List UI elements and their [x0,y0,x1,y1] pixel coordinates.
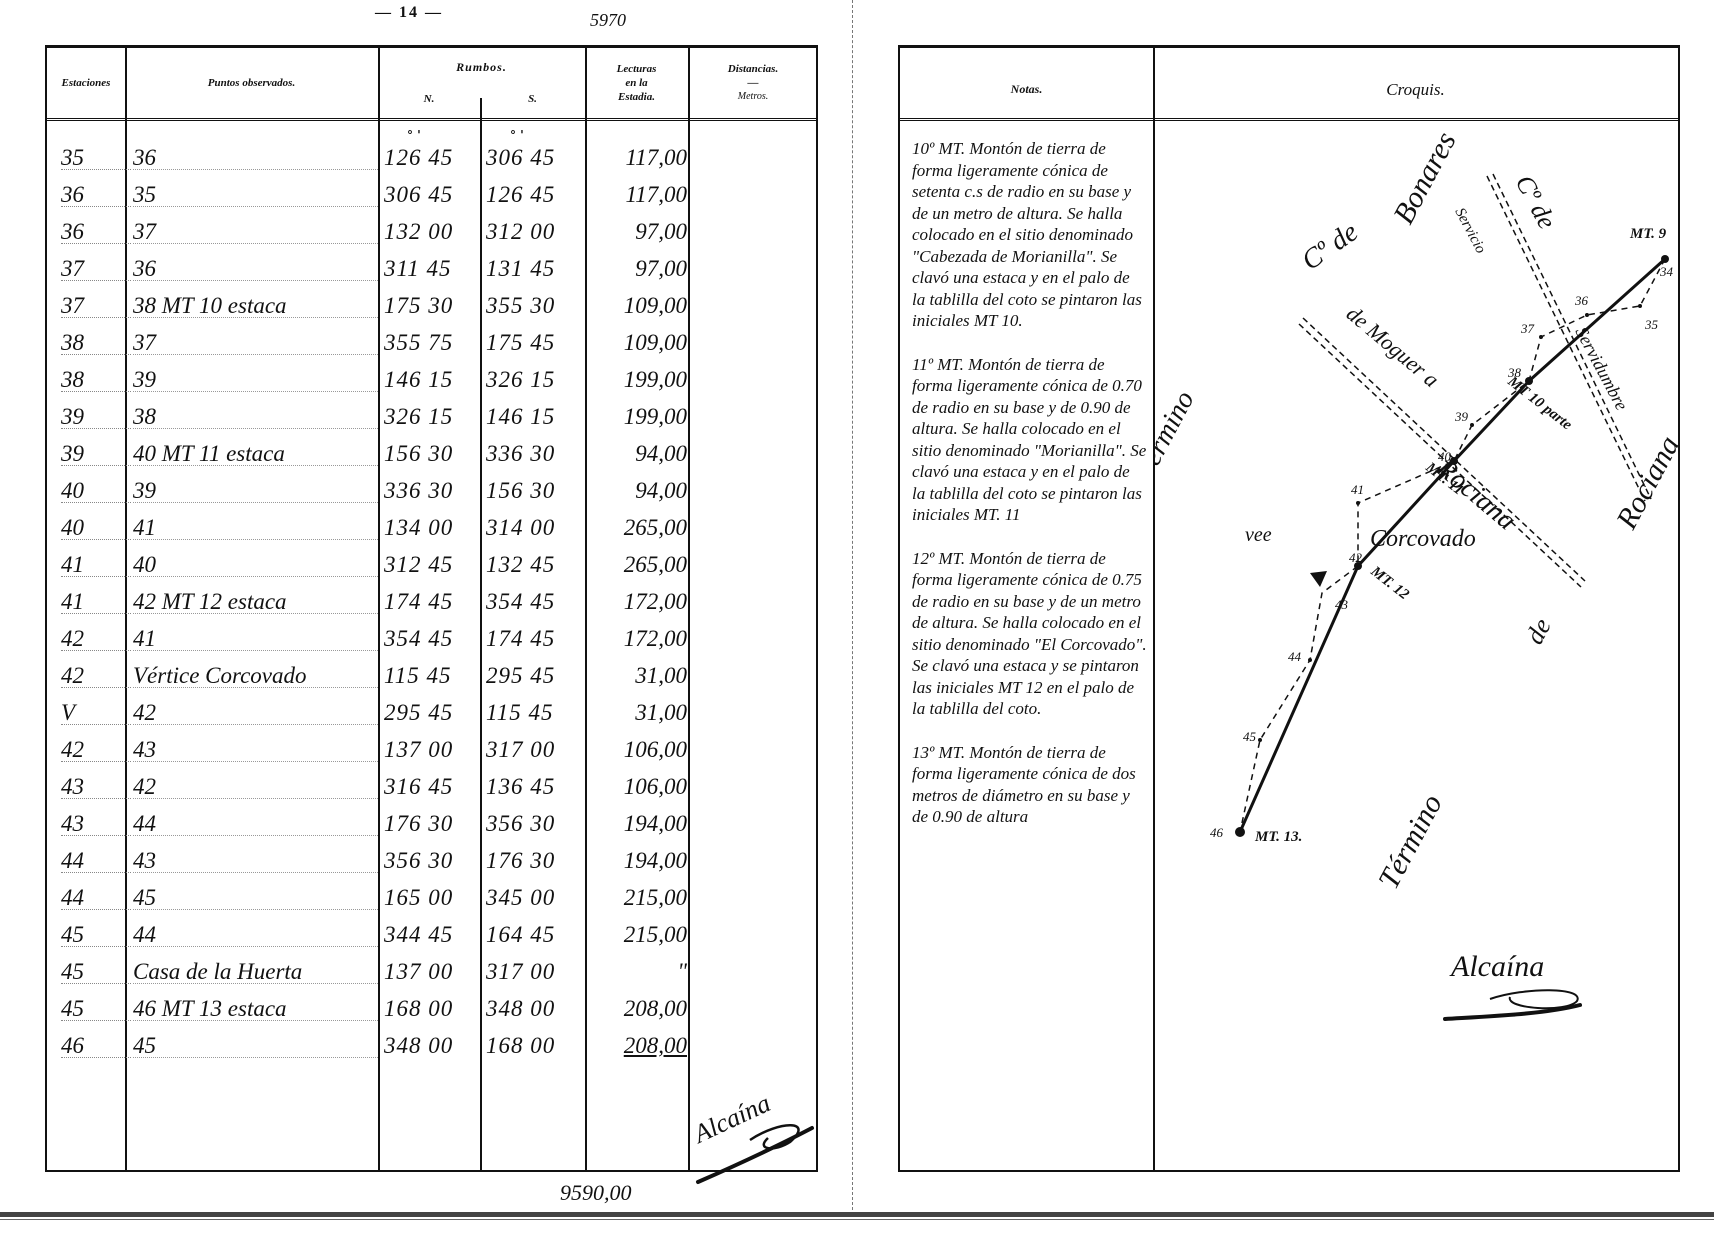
page-divider [852,0,854,1210]
table-row: 3635306 45126 45117,00 [47,176,816,213]
signature-left-text: Alcaína [690,1088,775,1149]
cell-estacion: 37 [61,287,131,318]
table-row: 4140312 45132 45265,00 [47,546,816,583]
road-bonares-rociana [1487,174,1651,501]
header-estaciones-label: Estaciones [47,77,125,89]
cell-punto: 39 [133,472,378,503]
cell-rumbo-s: 354 45 [486,583,584,620]
header-rumbos-n: N. [378,93,480,105]
cell-rumbo-n: 156 30 [384,435,482,472]
header-notas: Notas. [900,48,1153,121]
cell-punto: 45 [133,879,378,910]
cell-lectura: 109,00 [595,287,687,324]
scan-edge-line [0,1212,1714,1217]
croquis-sketch-map: 34 35 36 37 38 39 40 41 42 43 44 45 46 M… [1155,121,1678,1171]
label-servicio: Servicio [1451,205,1488,256]
cell-rumbo-s: 356 30 [486,805,584,842]
cell-punto: 42 MT 12 estaca [133,583,378,614]
cell-rumbo-n: 354 45 [384,620,482,657]
label-termino-2: Término [1372,789,1449,894]
table-row: 45Casa de la Huerta137 00317 00" [47,953,816,990]
cell-punto: 44 [133,916,378,947]
cell-estacion: 39 [61,435,131,466]
table-body: 3536126 45306 45117,00 3635306 45126 451… [47,121,816,1170]
cell-punto: 44 [133,805,378,836]
vertice-corcovado-triangle-icon [1310,571,1327,587]
cell-rumbo-n: 137 00 [384,953,482,990]
cell-lectura: 117,00 [595,139,687,176]
cell-rumbo-s: 132 45 [486,546,584,583]
svg-text:39: 39 [1454,409,1469,424]
label-rociana-1: Rociana [1430,452,1522,536]
label-rociana-2: Rociana [1610,431,1678,536]
cell-rumbo-s: 295 45 [486,657,584,694]
table-row: 4243137 00317 00106,00 [47,731,816,768]
svg-text:41: 41 [1351,482,1364,497]
label-vee: vee [1245,524,1272,546]
header-distancias-unit: Metros. [688,90,818,104]
table-row: 4041134 00314 00265,00 [47,509,816,546]
cell-estacion: 43 [61,805,131,836]
cell-rumbo-s: 168 00 [486,1027,584,1064]
cell-rumbo-n: 355 75 [384,324,482,361]
cell-estacion: 42 [61,657,131,688]
cell-rumbo-n: 137 00 [384,731,482,768]
cell-rumbo-n: 336 30 [384,472,482,509]
cell-lectura: 208,00 [595,990,687,1027]
table-row: 3736311 45131 4597,00 [47,250,816,287]
cell-rumbo-n: 146 15 [384,361,482,398]
cell-rumbo-n: 344 45 [384,916,482,953]
label-corcovado: Corcovado [1370,526,1476,552]
page-number-mark: — 14 — [375,4,443,22]
cell-rumbo-n: 356 30 [384,842,482,879]
cell-rumbo-n: 311 45 [384,250,482,287]
cell-estacion: 37 [61,250,131,281]
cell-rumbo-n: 168 00 [384,990,482,1027]
cell-punto: Vértice Corcovado [133,657,378,688]
note-mt11: 11º MT. Montón de tierra de forma ligera… [912,354,1147,526]
cell-rumbo-s: 317 00 [486,731,584,768]
lectura-total: 9590,00 [560,1180,632,1206]
label-de-moguer-a: de Moguer a [1342,301,1444,392]
header-lecturas-line1: Lecturas [585,62,688,76]
table-row: 4546 MT 13 estaca168 00348 00208,00 [47,990,816,1027]
survey-register-table: Estaciones Puntos observados. Rumbos. N.… [45,45,818,1172]
cell-rumbo-n: 295 45 [384,694,482,731]
cell-rumbo-n: 175 30 [384,287,482,324]
cell-punto: 37 [133,324,378,355]
cell-estacion: 46 [61,1027,131,1058]
cell-rumbo-n: 306 45 [384,176,482,213]
cell-lectura: 215,00 [595,916,687,953]
cell-rumbo-n: 312 45 [384,546,482,583]
header-distancias-label: Distancias. [688,62,818,76]
cell-lectura: 106,00 [595,768,687,805]
cell-lectura: 199,00 [595,361,687,398]
svg-text:MT 10 parte: MT 10 parte [1504,373,1575,434]
cell-rumbo-s: 164 45 [486,916,584,953]
cell-estacion: 36 [61,213,131,244]
label-camino-1: Cº de [1296,216,1364,276]
cell-rumbo-s: 312 00 [486,213,584,250]
cell-lectura: 97,00 [595,213,687,250]
table-row: 3738 MT 10 estaca175 30355 30109,00 [47,287,816,324]
cell-rumbo-s: 156 30 [486,472,584,509]
header-estaciones: Estaciones [47,48,125,121]
cell-rumbo-n: 176 30 [384,805,482,842]
label-de-2: de [1520,614,1557,649]
note-mt13: 13º MT. Montón de tierra de forma ligera… [912,742,1147,828]
header-notas-label: Notas. [900,82,1153,97]
table-row: 4645348 00168 00208,00 [47,1027,816,1064]
svg-text:MT. 9: MT. 9 [1629,226,1667,242]
cell-punto: 43 [133,842,378,873]
table-row: 4342316 45136 45106,00 [47,768,816,805]
cell-rumbo-s: 345 00 [486,879,584,916]
cell-rumbo-s: 115 45 [486,694,584,731]
table-row: 4241354 45174 45172,00 [47,620,816,657]
cell-rumbo-n: 174 45 [384,583,482,620]
cell-rumbo-s: 175 45 [486,324,584,361]
cell-lectura: 265,00 [595,509,687,546]
svg-text:44: 44 [1288,649,1302,664]
cell-estacion: 35 [61,139,131,170]
cell-punto: 42 [133,694,378,725]
cell-estacion: V [61,694,131,725]
cell-punto: 37 [133,213,378,244]
notes-sketch-table: Notas. Croquis. 10º MT. Montón de tierra… [898,45,1680,1172]
cell-estacion: 42 [61,620,131,651]
header-rumbos-s: S. [480,93,585,105]
cell-estacion: 38 [61,324,131,355]
cell-punto: 40 MT 11 estaca [133,435,378,466]
cell-punto: 41 [133,509,378,540]
svg-text:MT. 13.: MT. 13. [1254,829,1302,845]
cell-rumbo-s: 131 45 [486,250,584,287]
cell-rumbo-n: 126 45 [384,139,482,176]
table-row: 42Vértice Corcovado115 45295 4531,00 [47,657,816,694]
cell-lectura: 97,00 [595,250,687,287]
cell-rumbo-n: 134 00 [384,509,482,546]
notes-column: 10º MT. Montón de tierra de forma ligera… [912,138,1147,850]
cell-punto: Casa de la Huerta [133,953,378,984]
cell-estacion: 36 [61,176,131,207]
cell-lectura: 106,00 [595,731,687,768]
cell-rumbo-s: 136 45 [486,768,584,805]
svg-text:43: 43 [1335,597,1349,612]
cell-lectura: 117,00 [595,176,687,213]
table-row: 3940 MT 11 estaca156 30336 3094,00 [47,435,816,472]
cell-punto: 43 [133,731,378,762]
svg-text:MT. 12: MT. 12 [1367,563,1412,603]
cell-rumbo-s: 317 00 [486,953,584,990]
cell-lectura: 31,00 [595,657,687,694]
cell-lectura: 109,00 [595,324,687,361]
cell-rumbo-s: 348 00 [486,990,584,1027]
cell-lectura: 215,00 [595,879,687,916]
table-row: 3637132 00312 0097,00 [47,213,816,250]
note-mt12: 12º MT. Montón de tierra de forma ligera… [912,548,1147,720]
cell-lectura: 208,00 [595,1027,687,1064]
cell-lectura: 265,00 [595,546,687,583]
cell-rumbo-s: 306 45 [486,139,584,176]
svg-text:42: 42 [1349,550,1363,565]
table-row: 4445165 00345 00215,00 [47,879,816,916]
cell-estacion: 45 [61,990,131,1021]
cell-rumbo-s: 126 45 [486,176,584,213]
cell-rumbo-n: 348 00 [384,1027,482,1064]
svg-text:34: 34 [1659,264,1674,279]
cell-lectura: 172,00 [595,620,687,657]
cell-punto: 38 MT 10 estaca [133,287,378,318]
cell-rumbo-n: 132 00 [384,213,482,250]
cell-rumbo-n: 115 45 [384,657,482,694]
cell-rumbo-s: 326 15 [486,361,584,398]
header-distancias: Distancias. — Metros. [688,48,818,121]
cell-estacion: 39 [61,398,131,429]
header-rumbos-label: Rumbos. [378,60,585,75]
signature-right: Alcaína [1445,950,1580,1019]
header-puntos-label: Puntos observados. [125,77,378,89]
cell-punto: 35 [133,176,378,207]
header-croquis: Croquis. [1153,48,1678,121]
svg-text:35: 35 [1644,317,1659,332]
table-row: V42295 45115 4531,00 [47,694,816,731]
cell-punto: 36 [133,139,378,170]
table-row: 4443356 30176 30194,00 [47,842,816,879]
folio-number: 5970 [590,10,626,31]
cell-rumbo-s: 174 45 [486,620,584,657]
cell-punto: 36 [133,250,378,281]
cell-punto: 45 [133,1027,378,1058]
cell-estacion: 40 [61,509,131,540]
cell-estacion: 41 [61,583,131,614]
cell-lectura: 172,00 [595,583,687,620]
signature-flourish-left: Alcaína [690,1080,820,1190]
cell-estacion: 41 [61,546,131,577]
cell-rumbo-n: 316 45 [384,768,482,805]
cell-estacion: 40 [61,472,131,503]
cell-estacion: 45 [61,916,131,947]
cell-lectura: 199,00 [595,398,687,435]
table-row: 3938326 15146 15199,00 [47,398,816,435]
cell-rumbo-s: 176 30 [486,842,584,879]
header-lecturas-line3: Estadia. [585,90,688,104]
cell-estacion: 45 [61,953,131,984]
cell-estacion: 43 [61,768,131,799]
table-row: 4142 MT 12 estaca174 45354 45172,00 [47,583,816,620]
label-bonares: Bonares [1387,126,1463,229]
header-lecturas-line2: en la [585,76,688,90]
cell-lectura: 194,00 [595,842,687,879]
label-termino-1: Término [1155,386,1201,484]
cell-lectura: 31,00 [595,694,687,731]
table-row: 3536126 45306 45117,00 [47,139,816,176]
cell-estacion: 38 [61,361,131,392]
svg-text:37: 37 [1520,321,1535,336]
cell-rumbo-s: 336 30 [486,435,584,472]
cell-punto: 41 [133,620,378,651]
svg-text:45: 45 [1243,729,1257,744]
svg-text:46: 46 [1210,825,1224,840]
cell-lectura: 194,00 [595,805,687,842]
cell-rumbo-n: 326 15 [384,398,482,435]
cell-lectura: 94,00 [595,472,687,509]
place-labels: Término Cº de de Moguer a Rociana Bonare… [1155,126,1678,894]
cell-rumbo-s: 355 30 [486,287,584,324]
scan-edge-line-thin [0,1219,1714,1220]
cell-punto: 40 [133,546,378,577]
cell-estacion: 44 [61,879,131,910]
header-rumbos: Rumbos. N. S. [378,48,585,121]
note-mt10: 10º MT. Montón de tierra de forma ligera… [912,138,1147,332]
cell-estacion: 42 [61,731,131,762]
cell-rumbo-n: 165 00 [384,879,482,916]
cell-estacion: 44 [61,842,131,873]
signature-right-text: Alcaína [1449,950,1544,983]
cell-lectura: " [595,953,687,990]
cell-punto: 46 MT 13 estaca [133,990,378,1021]
header-puntos-observados: Puntos observados. [125,48,378,121]
table-row: 4544344 45164 45215,00 [47,916,816,953]
table-row: 3837355 75175 45109,00 [47,324,816,361]
cell-punto: 39 [133,361,378,392]
cell-rumbo-s: 314 00 [486,509,584,546]
cell-rumbo-s: 146 15 [486,398,584,435]
svg-text:36: 36 [1574,293,1589,308]
cell-punto: 42 [133,768,378,799]
header-distancias-dash: — [688,76,818,90]
cell-lectura: 94,00 [595,435,687,472]
header-croquis-label: Croquis. [1153,80,1678,100]
cell-punto: 38 [133,398,378,429]
table-row: 4344176 30356 30194,00 [47,805,816,842]
table-row: 4039336 30156 3094,00 [47,472,816,509]
header-lecturas: Lecturas en la Estadia. [585,48,688,121]
table-row: 3839146 15326 15199,00 [47,361,816,398]
